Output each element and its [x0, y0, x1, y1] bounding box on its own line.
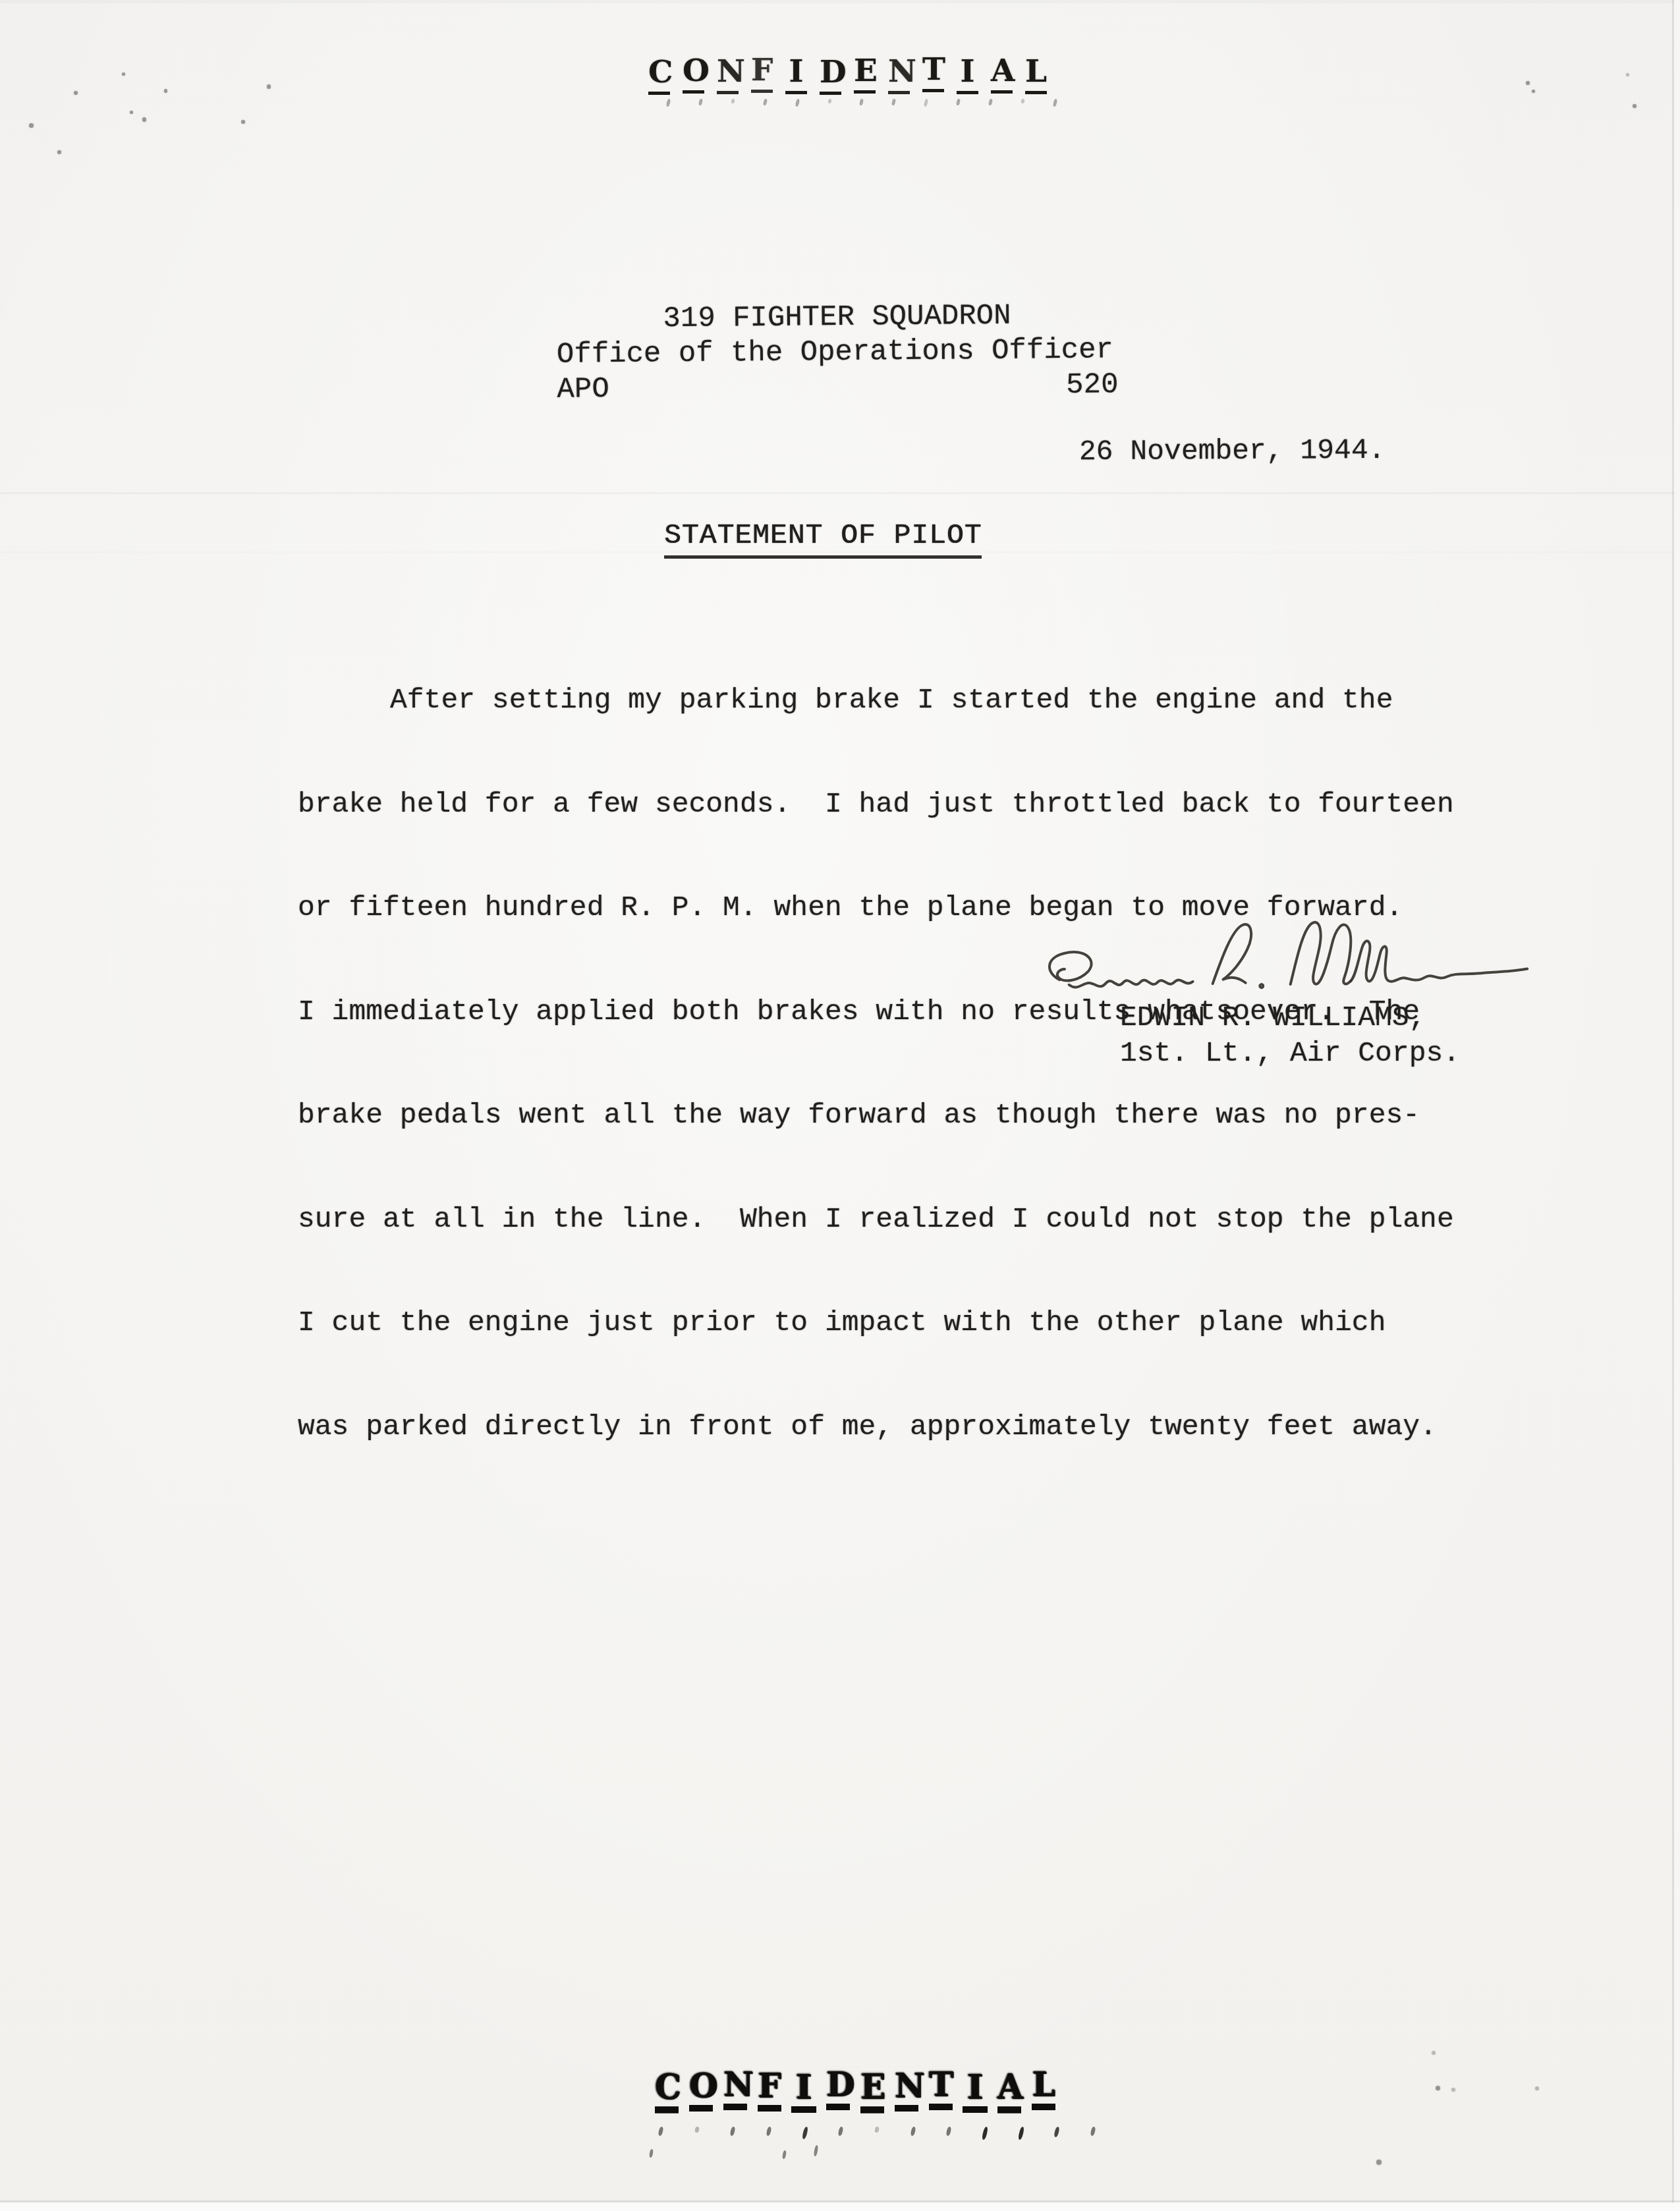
- paper-speck: [164, 89, 167, 93]
- scan-right-edge-line: [1672, 0, 1674, 2211]
- paper-speck: [1626, 73, 1629, 76]
- document-date: 26 November, 1944.: [1079, 434, 1386, 468]
- classification-stamp-top: CONFIDENTIAL: [648, 53, 1047, 94]
- scan-top-edge: [0, 0, 1680, 3]
- paper-speck: [29, 123, 34, 128]
- stamp-ghost-mark: [649, 2149, 654, 2158]
- classification-stamp-bottom: CONFIDENTIAL: [655, 2066, 1055, 2112]
- stamp-ghost-imprint-bottom: [659, 2127, 1095, 2140]
- signed-name: EDWIN R. WILLIAMS,: [1120, 1001, 1426, 1034]
- stamp-ghost-mark: [782, 2150, 787, 2160]
- paper-speck: [241, 120, 245, 124]
- squadron-name: 319 FIGHTER SQUADRON: [556, 298, 1117, 337]
- statement-line: was parked directly in front of me, appr…: [298, 1410, 1503, 1445]
- statement-line: sure at all in the line. When I realized…: [298, 1202, 1503, 1237]
- apo-line: APO 520: [557, 368, 1118, 407]
- scan-bottom-edge: [0, 2202, 1680, 2211]
- office-name: Office of the Operations Officer: [557, 333, 1118, 372]
- paper-speck: [1633, 104, 1637, 108]
- apo-label: APO: [557, 372, 609, 408]
- scan-right-edge: [1674, 0, 1680, 2211]
- paper-speck: [1376, 2160, 1382, 2165]
- paper-speck: [1451, 2088, 1455, 2092]
- document-title: STATEMENT OF PILOT: [664, 519, 982, 559]
- paper-speck: [267, 84, 271, 89]
- paper-speck: [130, 111, 133, 114]
- paper-speck: [1532, 90, 1535, 93]
- scan-bottom-edge-line: [0, 2200, 1680, 2202]
- statement-line: After setting my parking brake I started…: [298, 683, 1503, 718]
- paper-speck: [1526, 81, 1530, 85]
- signed-rank: 1st. Lt., Air Corps.: [1120, 1037, 1460, 1069]
- paper-speck: [1432, 2051, 1436, 2055]
- stamp-ghost-imprint-top: [667, 99, 1057, 107]
- paper-speck: [142, 117, 146, 122]
- statement-line: I cut the engine just prior to impact wi…: [298, 1306, 1503, 1341]
- apo-number: 520: [1066, 368, 1119, 403]
- paper-speck: [57, 150, 61, 154]
- paper-speck: [1535, 2086, 1539, 2090]
- scanned-document-page: CONFIDENTIAL 319 FIGHTER SQUADRON Office…: [0, 0, 1680, 2211]
- paper-speck: [1436, 2086, 1440, 2090]
- paper-speck: [122, 72, 125, 76]
- paper-speck: [74, 91, 78, 95]
- statement-line: brake held for a few seconds. I had just…: [298, 787, 1503, 822]
- statement-line: brake pedals went all the way forward as…: [298, 1098, 1503, 1133]
- letterhead: 319 FIGHTER SQUADRON Office of the Opera…: [556, 298, 1118, 407]
- stamp-ghost-mark: [814, 2145, 819, 2157]
- scan-streak: [0, 492, 1680, 494]
